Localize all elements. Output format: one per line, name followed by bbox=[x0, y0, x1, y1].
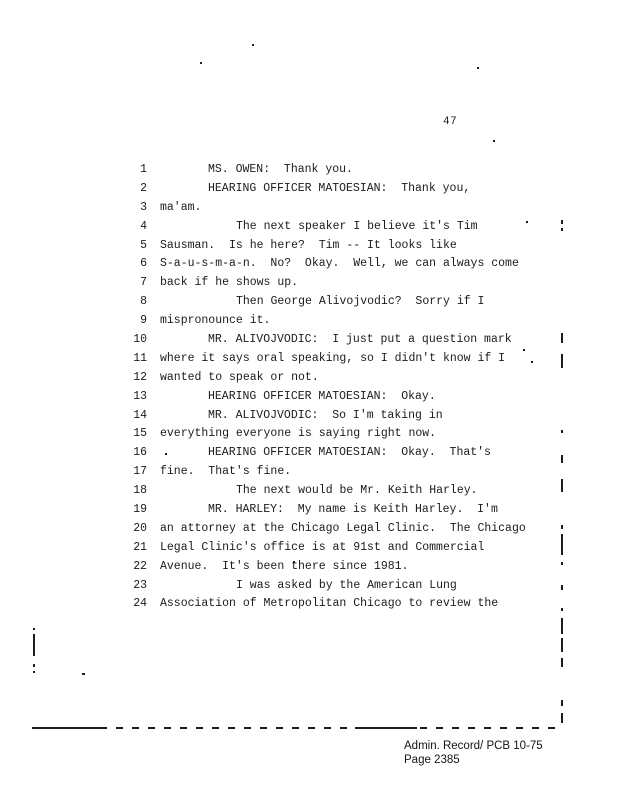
scan-artifact-mark bbox=[561, 220, 563, 224]
line-number: 6 bbox=[0, 255, 147, 274]
scan-artifact-mark bbox=[561, 618, 563, 634]
transcript-line: 22Avenue. It's been there since 1981. bbox=[0, 558, 618, 577]
line-text: Then George Alivojvodic? Sorry if I bbox=[160, 293, 484, 312]
transcript-line: 12wanted to speak or not. bbox=[0, 369, 618, 388]
line-number: 21 bbox=[0, 539, 147, 558]
scan-artifact-mark bbox=[561, 534, 563, 555]
line-text: fine. That's fine. bbox=[160, 463, 291, 482]
line-number: 16 bbox=[0, 444, 147, 463]
line-number: 2 bbox=[0, 180, 147, 199]
line-text: The next speaker I believe it's Tim bbox=[160, 218, 478, 237]
scan-artifact-mark bbox=[33, 671, 35, 673]
line-text: MS. OWEN: Thank you. bbox=[160, 161, 353, 180]
line-text: HEARING OFFICER MATOESIAN: Thank you, bbox=[160, 180, 470, 199]
transcript-line: 23I was asked by the American Lung bbox=[0, 577, 618, 596]
line-number: 18 bbox=[0, 482, 147, 501]
line-number: 24 bbox=[0, 595, 147, 614]
scan-artifact-mark bbox=[561, 228, 563, 231]
line-text: The next would be Mr. Keith Harley. bbox=[160, 482, 478, 501]
line-number: 15 bbox=[0, 425, 147, 444]
scan-artifact-mark bbox=[561, 562, 563, 565]
transcript-line: 15everything everyone is saying right no… bbox=[0, 425, 618, 444]
record-stamp-line2: Page 2385 bbox=[404, 754, 543, 768]
scan-artifact-mark bbox=[493, 140, 495, 142]
line-number: 1 bbox=[0, 161, 147, 180]
line-number: 10 bbox=[0, 331, 147, 350]
scan-artifact-mark bbox=[252, 44, 254, 46]
line-text: Legal Clinic's office is at 91st and Com… bbox=[160, 539, 484, 558]
line-number: 23 bbox=[0, 577, 147, 596]
transcript-line: 13HEARING OFFICER MATOESIAN: Okay. bbox=[0, 388, 618, 407]
transcript-line: 11where it says oral speaking, so I didn… bbox=[0, 350, 618, 369]
scan-artifact-mark bbox=[526, 221, 528, 223]
scan-artifact-mark bbox=[477, 67, 479, 69]
transcript-line: 2HEARING OFFICER MATOESIAN: Thank you, bbox=[0, 180, 618, 199]
line-text: MR. HARLEY: My name is Keith Harley. I'm bbox=[160, 501, 498, 520]
scan-artifact-mark bbox=[33, 664, 35, 667]
line-number: 9 bbox=[0, 312, 147, 331]
line-text: wanted to speak or not. bbox=[160, 369, 319, 388]
line-text: where it says oral speaking, so I didn't… bbox=[160, 350, 505, 369]
transcript-line: 17fine. That's fine. bbox=[0, 463, 618, 482]
scan-artifact-mark bbox=[531, 361, 533, 363]
line-number: 4 bbox=[0, 218, 147, 237]
scan-artifact-mark bbox=[523, 349, 525, 351]
scan-artifact-mark bbox=[561, 479, 563, 492]
scan-artifact-mark bbox=[561, 713, 563, 723]
scan-artifact-mark bbox=[561, 585, 563, 590]
line-text: an attorney at the Chicago Legal Clinic.… bbox=[160, 520, 526, 539]
scan-artifact-mark bbox=[561, 333, 563, 343]
transcript-line: 7back if he shows up. bbox=[0, 274, 618, 293]
bottom-separator-run bbox=[355, 727, 417, 729]
line-text: HEARING OFFICER MATOESIAN: Okay. bbox=[160, 388, 436, 407]
line-number: 19 bbox=[0, 501, 147, 520]
scan-artifact-mark bbox=[293, 561, 295, 563]
transcript-line: 6S-a-u-s-m-a-n. No? Okay. Well, we can a… bbox=[0, 255, 618, 274]
line-number: 17 bbox=[0, 463, 147, 482]
line-text: S-a-u-s-m-a-n. No? Okay. Well, we can al… bbox=[160, 255, 519, 274]
scan-artifact-mark bbox=[82, 673, 85, 675]
transcript-line: 9mispronounce it. bbox=[0, 312, 618, 331]
scan-artifact-mark bbox=[561, 525, 563, 529]
scan-artifact-mark bbox=[561, 430, 563, 433]
line-number: 7 bbox=[0, 274, 147, 293]
transcript-line: 20an attorney at the Chicago Legal Clini… bbox=[0, 520, 618, 539]
scan-artifact-mark bbox=[165, 453, 167, 455]
transcript-line: 18The next would be Mr. Keith Harley. bbox=[0, 482, 618, 501]
scan-artifact-mark bbox=[561, 354, 563, 368]
line-text: MR. ALIVOJVODIC: So I'm taking in bbox=[160, 407, 443, 426]
bottom-separator-solid bbox=[32, 727, 100, 729]
transcript-line: 3ma'am. bbox=[0, 199, 618, 218]
transcript-lines: 1MS. OWEN: Thank you.2HEARING OFFICER MA… bbox=[0, 161, 618, 614]
bottom-separator-dashed bbox=[100, 727, 562, 729]
transcript-line: 1MS. OWEN: Thank you. bbox=[0, 161, 618, 180]
transcript-line: 5Sausman. Is he here? Tim -- It looks li… bbox=[0, 237, 618, 256]
record-stamp-line1: Admin. Record/ PCB 10-75 bbox=[404, 740, 543, 754]
scan-artifact-mark bbox=[561, 638, 563, 652]
line-text: everything everyone is saying right now. bbox=[160, 425, 436, 444]
line-text: HEARING OFFICER MATOESIAN: Okay. That's bbox=[160, 444, 491, 463]
line-text: Avenue. It's been there since 1981. bbox=[160, 558, 408, 577]
transcript-line: 8Then George Alivojvodic? Sorry if I bbox=[0, 293, 618, 312]
scan-artifact-mark bbox=[561, 700, 563, 706]
line-text: mispronounce it. bbox=[160, 312, 270, 331]
line-number: 22 bbox=[0, 558, 147, 577]
line-number: 14 bbox=[0, 407, 147, 426]
scan-artifact-mark bbox=[33, 634, 35, 656]
line-text: ma'am. bbox=[160, 199, 201, 218]
line-text: Sausman. Is he here? Tim -- It looks lik… bbox=[160, 237, 457, 256]
scan-artifact-mark bbox=[561, 658, 563, 667]
line-text: back if he shows up. bbox=[160, 274, 298, 293]
transcript-line: 10MR. ALIVOJVODIC: I just put a question… bbox=[0, 331, 618, 350]
line-number: 13 bbox=[0, 388, 147, 407]
line-number: 3 bbox=[0, 199, 147, 218]
transcript-line: 16HEARING OFFICER MATOESIAN: Okay. That'… bbox=[0, 444, 618, 463]
line-number: 11 bbox=[0, 350, 147, 369]
scan-artifact-mark bbox=[33, 628, 35, 630]
scanned-transcript-page: 47 1MS. OWEN: Thank you.2HEARING OFFICER… bbox=[0, 0, 618, 800]
scan-artifact-mark bbox=[561, 608, 563, 611]
line-number: 12 bbox=[0, 369, 147, 388]
record-stamp: Admin. Record/ PCB 10-75 Page 2385 bbox=[404, 740, 543, 767]
line-text: MR. ALIVOJVODIC: I just put a question m… bbox=[160, 331, 512, 350]
line-text: Association of Metropolitan Chicago to r… bbox=[160, 595, 498, 614]
line-number: 8 bbox=[0, 293, 147, 312]
line-text: I was asked by the American Lung bbox=[160, 577, 457, 596]
transcript-line: 14MR. ALIVOJVODIC: So I'm taking in bbox=[0, 407, 618, 426]
transcript-line: 24Association of Metropolitan Chicago to… bbox=[0, 595, 618, 614]
scan-artifact-mark bbox=[200, 62, 202, 64]
scan-artifact-mark bbox=[561, 455, 563, 463]
transcript-line: 19MR. HARLEY: My name is Keith Harley. I… bbox=[0, 501, 618, 520]
page-number: 47 bbox=[443, 116, 457, 128]
transcript-line: 21Legal Clinic's office is at 91st and C… bbox=[0, 539, 618, 558]
line-number: 20 bbox=[0, 520, 147, 539]
line-number: 5 bbox=[0, 237, 147, 256]
